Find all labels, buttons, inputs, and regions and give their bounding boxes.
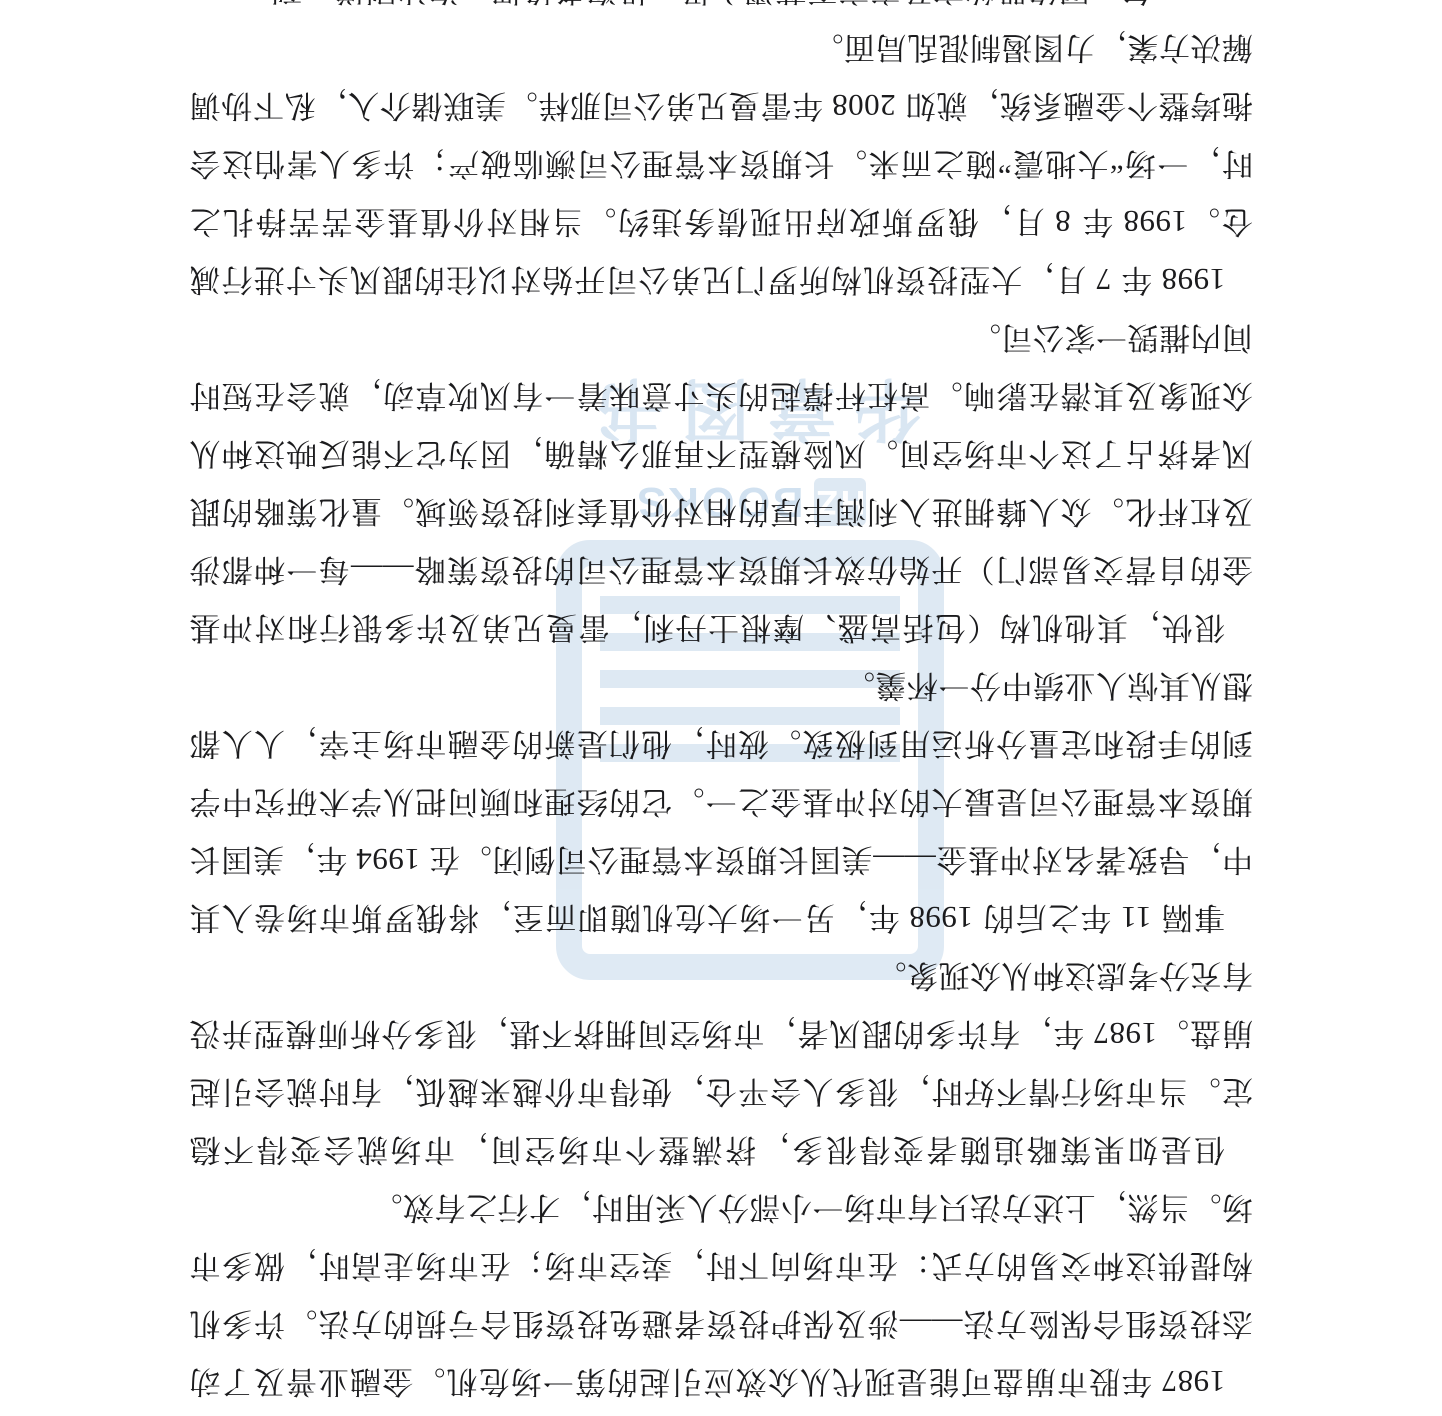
paragraph-2: 但是如果策略追随者变得很多，挤满整个市场空间，市场就会变得不稳定。当市场行情不好…	[189, 946, 1253, 1178]
body-text: 1987 年股市崩盘可能是现代从众效应引起的第一场危机。金融业普及了动态投资组合…	[189, 0, 1253, 1410]
document-page: HZ BOOKS 华章图书 1987 年股市崩盘可能是现代从众效应引起的第一场危…	[0, 0, 1442, 1416]
paragraph-3: 事隔 11 年之后的 1998 年，另一场大危机随即而至，将俄罗斯市场卷入其中，…	[189, 656, 1253, 946]
paragraph-5: 1998 年 7 月，大型投资机构所罗门兄弟公司开始对以往的跟风头寸进行减仓。1…	[189, 18, 1253, 308]
paragraph-1: 1987 年股市崩盘可能是现代从众效应引起的第一场危机。金融业普及了动态投资组合…	[189, 1178, 1253, 1410]
paragraph-4: 很快，其他机构（包括高盛、摩根士丹利，雷曼兄弟及许多银行和对冲基金的自营交易部门…	[189, 308, 1253, 656]
paragraph-6: 2000 年，网络股的市盈率高至荒谬之极，投资者蜂拥，泡沫剧增。到 2000	[189, 0, 1253, 18]
